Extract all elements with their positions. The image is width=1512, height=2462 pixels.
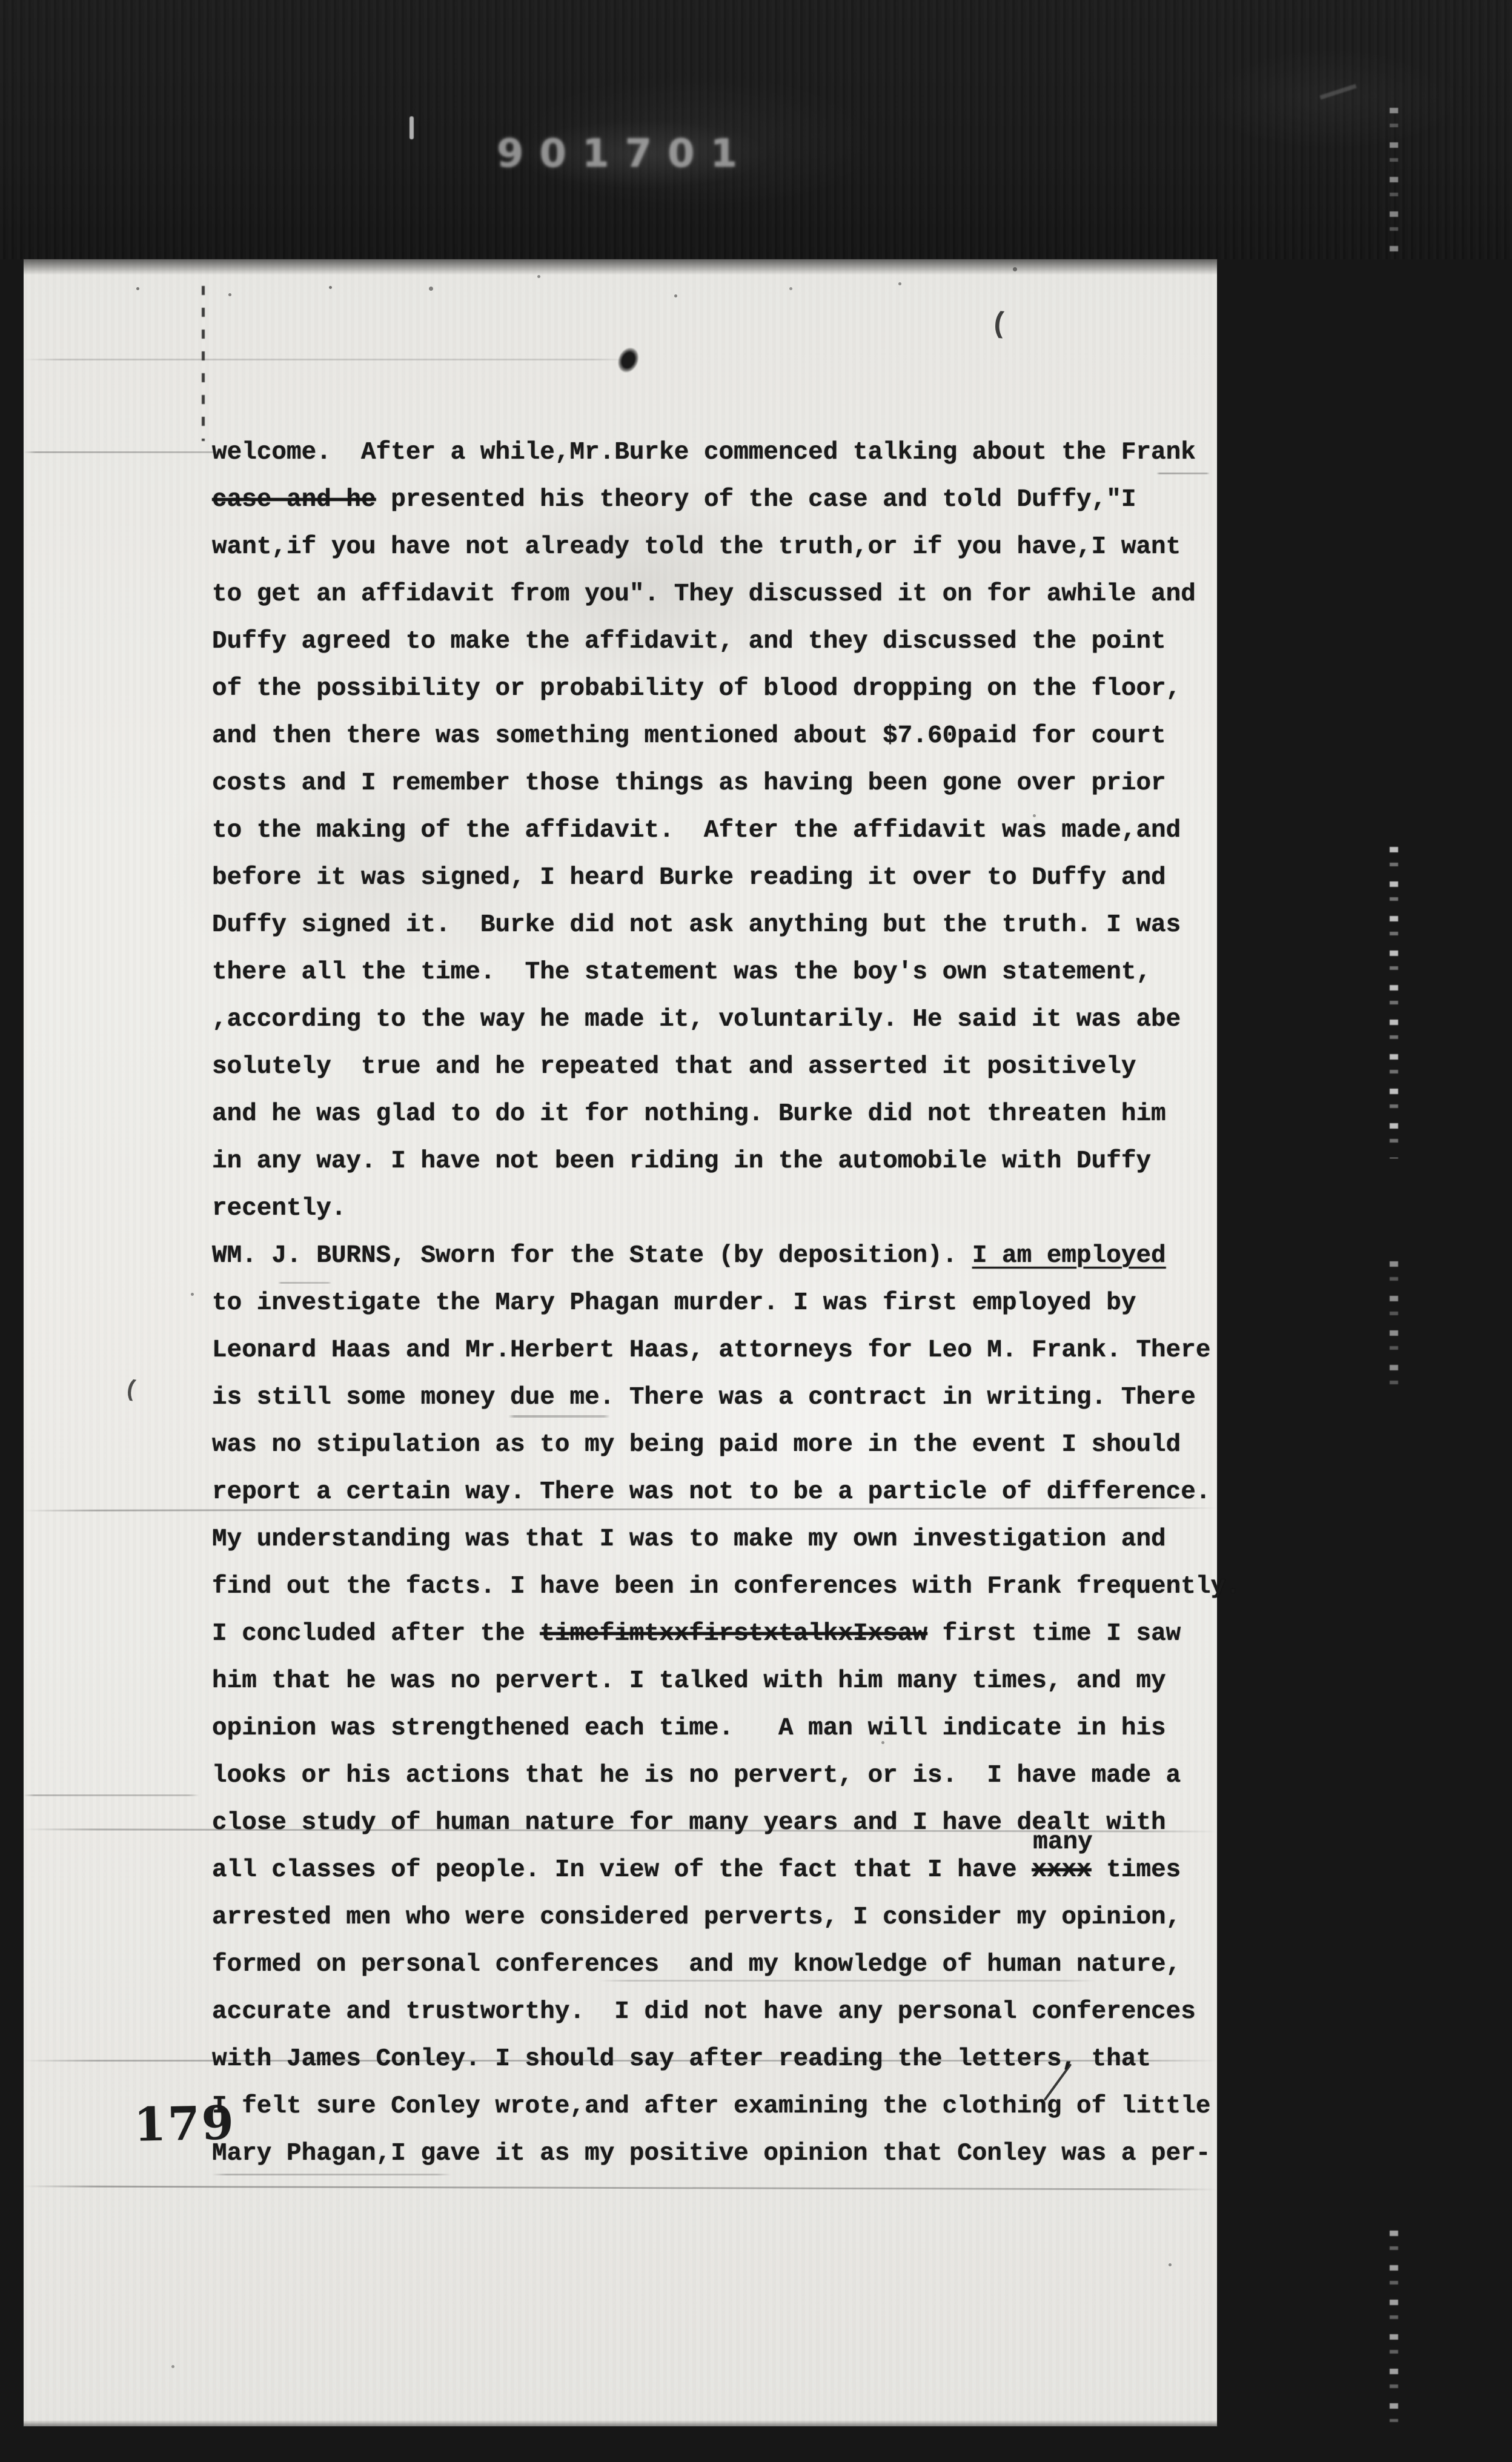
crease-line [24, 2185, 1217, 2190]
text-segment: to get an affidavit from you". They disc… [212, 580, 1196, 608]
text-segment: costs and I remember those things as hav… [212, 769, 1166, 797]
text-segment: arrested men who were considered pervert… [212, 1903, 1181, 1931]
text-line: find out the facts. I have been in confe… [212, 1563, 1236, 1610]
microfilm-scan: { "film": { "frame_stamp": "901701" }, "… [0, 0, 1512, 2462]
film-scratch-dash [1319, 84, 1356, 100]
margin-paren-mark: ( [122, 1378, 140, 1402]
inserted-word: many [1033, 1819, 1092, 1866]
text-line: opinion was strengthened each time. A ma… [212, 1705, 1236, 1752]
text-segment: WM. J. BURNS, Sworn for the State (by de… [212, 1242, 972, 1270]
text-line: solutely true and he repeated that and a… [212, 1043, 1236, 1090]
text-segment: welcome. After a while,Mr.Burke commence… [212, 439, 1196, 466]
text-line: formed on personal conferences and my kn… [212, 1941, 1236, 1988]
film-top-band: 901701 [0, 0, 1512, 259]
text-line: is still some money due me. There was a … [212, 1374, 1236, 1421]
text-line: to investigate the Mary Phagan murder. I… [212, 1279, 1236, 1327]
text-line: of the possibility or probability of blo… [212, 665, 1236, 712]
text-line: all classes of people. In view of the fa… [212, 1846, 1236, 1894]
text-line: want,if you have not already told the tr… [212, 523, 1236, 571]
text-line: WM. J. BURNS, Sworn for the State (by de… [212, 1232, 1236, 1279]
text-segment: Mary Phagan,I gave it as my positive opi… [212, 2140, 1210, 2168]
text-line: accurate and trustworthy. I did not have… [212, 1988, 1236, 2036]
text-segment: of the possibility or probability of blo… [212, 675, 1181, 703]
text-line: him that he was no pervert. I talked wit… [212, 1657, 1236, 1705]
document-page: ( ( 179 welcome. After a while,Mr.Burke … [24, 259, 1217, 2426]
text-segment: and he was glad to do it for nothing. Bu… [212, 1100, 1166, 1128]
text-line: and then there was something mentioned a… [212, 712, 1236, 760]
text-segment: opinion was strengthened each time. A ma… [212, 1714, 1166, 1742]
text-line: Duffy agreed to make the affidavit, and … [212, 618, 1236, 665]
text-segment: solutely true and he repeated that and a… [212, 1053, 1136, 1081]
text-line: recently. [212, 1185, 1236, 1232]
insertion-point: xxxxmany [1032, 1846, 1091, 1894]
text-segment: there all the time. The statement was th… [212, 958, 1151, 986]
strike-segment: case and he [212, 486, 376, 514]
text-segment: before it was signed, I heard Burke read… [212, 864, 1166, 892]
text-segment: Duffy agreed to make the affidavit, and … [212, 628, 1166, 655]
text-segment: ,according to the way he made it, volunt… [212, 1006, 1181, 1034]
text-segment: is still some money due me. There was a … [212, 1384, 1196, 1412]
text-line: case and he presented his theory of the … [212, 476, 1236, 523]
text-segment: was no stipulation as to my being paid m… [212, 1431, 1181, 1459]
text-line: I felt sure Conley wrote,and after exami… [212, 2083, 1236, 2130]
text-line: I concluded after the timefimtxxfirstxta… [212, 1610, 1236, 1657]
text-block: welcome. After a while,Mr.Burke commence… [212, 429, 1236, 2177]
text-line: there all the time. The statement was th… [212, 949, 1236, 996]
ink-specks [136, 287, 139, 290]
text-segment: My understanding was that I was to make … [212, 1525, 1166, 1553]
film-scratch [1390, 847, 1398, 1158]
text-line: Duffy signed it. Burke did not ask anyth… [212, 901, 1236, 949]
text-segment: find out the facts. I have been in confe… [212, 1573, 1241, 1601]
text-line: My understanding was that I was to make … [212, 1516, 1236, 1563]
text-segment: formed on personal conferences and my kn… [212, 1951, 1181, 1979]
crease-line [24, 451, 224, 453]
text-line: ,according to the way he made it, volunt… [212, 996, 1236, 1043]
text-segment: and then there was something mentioned a… [212, 722, 1166, 750]
text-segment: want,if you have not already told the tr… [212, 533, 1181, 561]
text-line: before it was signed, I heard Burke read… [212, 854, 1236, 901]
crease-line [24, 1794, 199, 1796]
text-line: report a certain way. There was not to b… [212, 1468, 1236, 1516]
frame-number-stamp: 901701 [497, 125, 775, 183]
text-line: was no stipulation as to my being paid m… [212, 1421, 1236, 1468]
text-segment: him that he was no pervert. I talked wit… [212, 1667, 1166, 1695]
film-scratch [1390, 1261, 1398, 1392]
text-segment: report a certain way. There was not to b… [212, 1478, 1210, 1506]
text-segment: in any way. I have not been riding in th… [212, 1147, 1151, 1175]
text-line: to get an affidavit from you". They disc… [212, 571, 1236, 618]
film-scratch [1390, 2231, 1398, 2422]
stray-paren-mark: ( [989, 310, 1009, 340]
text-segment: times [1092, 1856, 1181, 1884]
text-line: arrested men who were considered pervert… [212, 1894, 1236, 1941]
text-segment: to the making of the affidavit. After th… [212, 817, 1181, 844]
film-scratch [1390, 108, 1398, 254]
text-segment: I felt sure Conley wrote,and after exami… [212, 2092, 1210, 2120]
text-segment: Leonard Haas and Mr.Herbert Haas, attorn… [212, 1336, 1210, 1364]
text-segment: Duffy signed it. Burke did not ask anyth… [212, 911, 1181, 939]
vertical-ink-streak [202, 286, 205, 441]
text-segment: accurate and trustworthy. I did not have… [212, 1998, 1196, 2026]
text-segment: close study of human nature for many yea… [212, 1809, 1166, 1837]
text-line: Leonard Haas and Mr.Herbert Haas, attorn… [212, 1327, 1236, 1374]
text-line: with James Conley. I should say after re… [212, 2036, 1236, 2083]
text-segment: presented his theory of the case and tol… [376, 486, 1136, 514]
text-line: welcome. After a while,Mr.Burke commence… [212, 429, 1236, 476]
film-scratch-sliver [409, 116, 414, 139]
text-segment: recently. [212, 1195, 346, 1223]
text-line: Mary Phagan,I gave it as my positive opi… [212, 2130, 1236, 2177]
text-segment: with James Conley. I should say after re… [212, 2045, 1151, 2073]
text-segment: to investigate the Mary Phagan murder. I… [212, 1289, 1136, 1317]
text-segment: looks or his actions that he is no perve… [212, 1762, 1181, 1790]
text-line: in any way. I have not been riding in th… [212, 1138, 1236, 1185]
text-line: looks or his actions that he is no perve… [212, 1752, 1236, 1799]
crease-line [24, 359, 629, 360]
text-line: to the making of the affidavit. After th… [212, 807, 1236, 854]
ink-splotch [608, 340, 647, 383]
strike-segment: timefimtxxfirstxtalkxIxsaw [540, 1620, 927, 1648]
text-segment: all classes of people. In view of the fa… [212, 1856, 1032, 1884]
underline-segment: I am employed [972, 1242, 1166, 1270]
text-segment: first time I saw [927, 1620, 1181, 1648]
text-line: costs and I remember those things as hav… [212, 760, 1236, 807]
text-segment: I concluded after the [212, 1620, 540, 1648]
text-line: and he was glad to do it for nothing. Bu… [212, 1090, 1236, 1138]
